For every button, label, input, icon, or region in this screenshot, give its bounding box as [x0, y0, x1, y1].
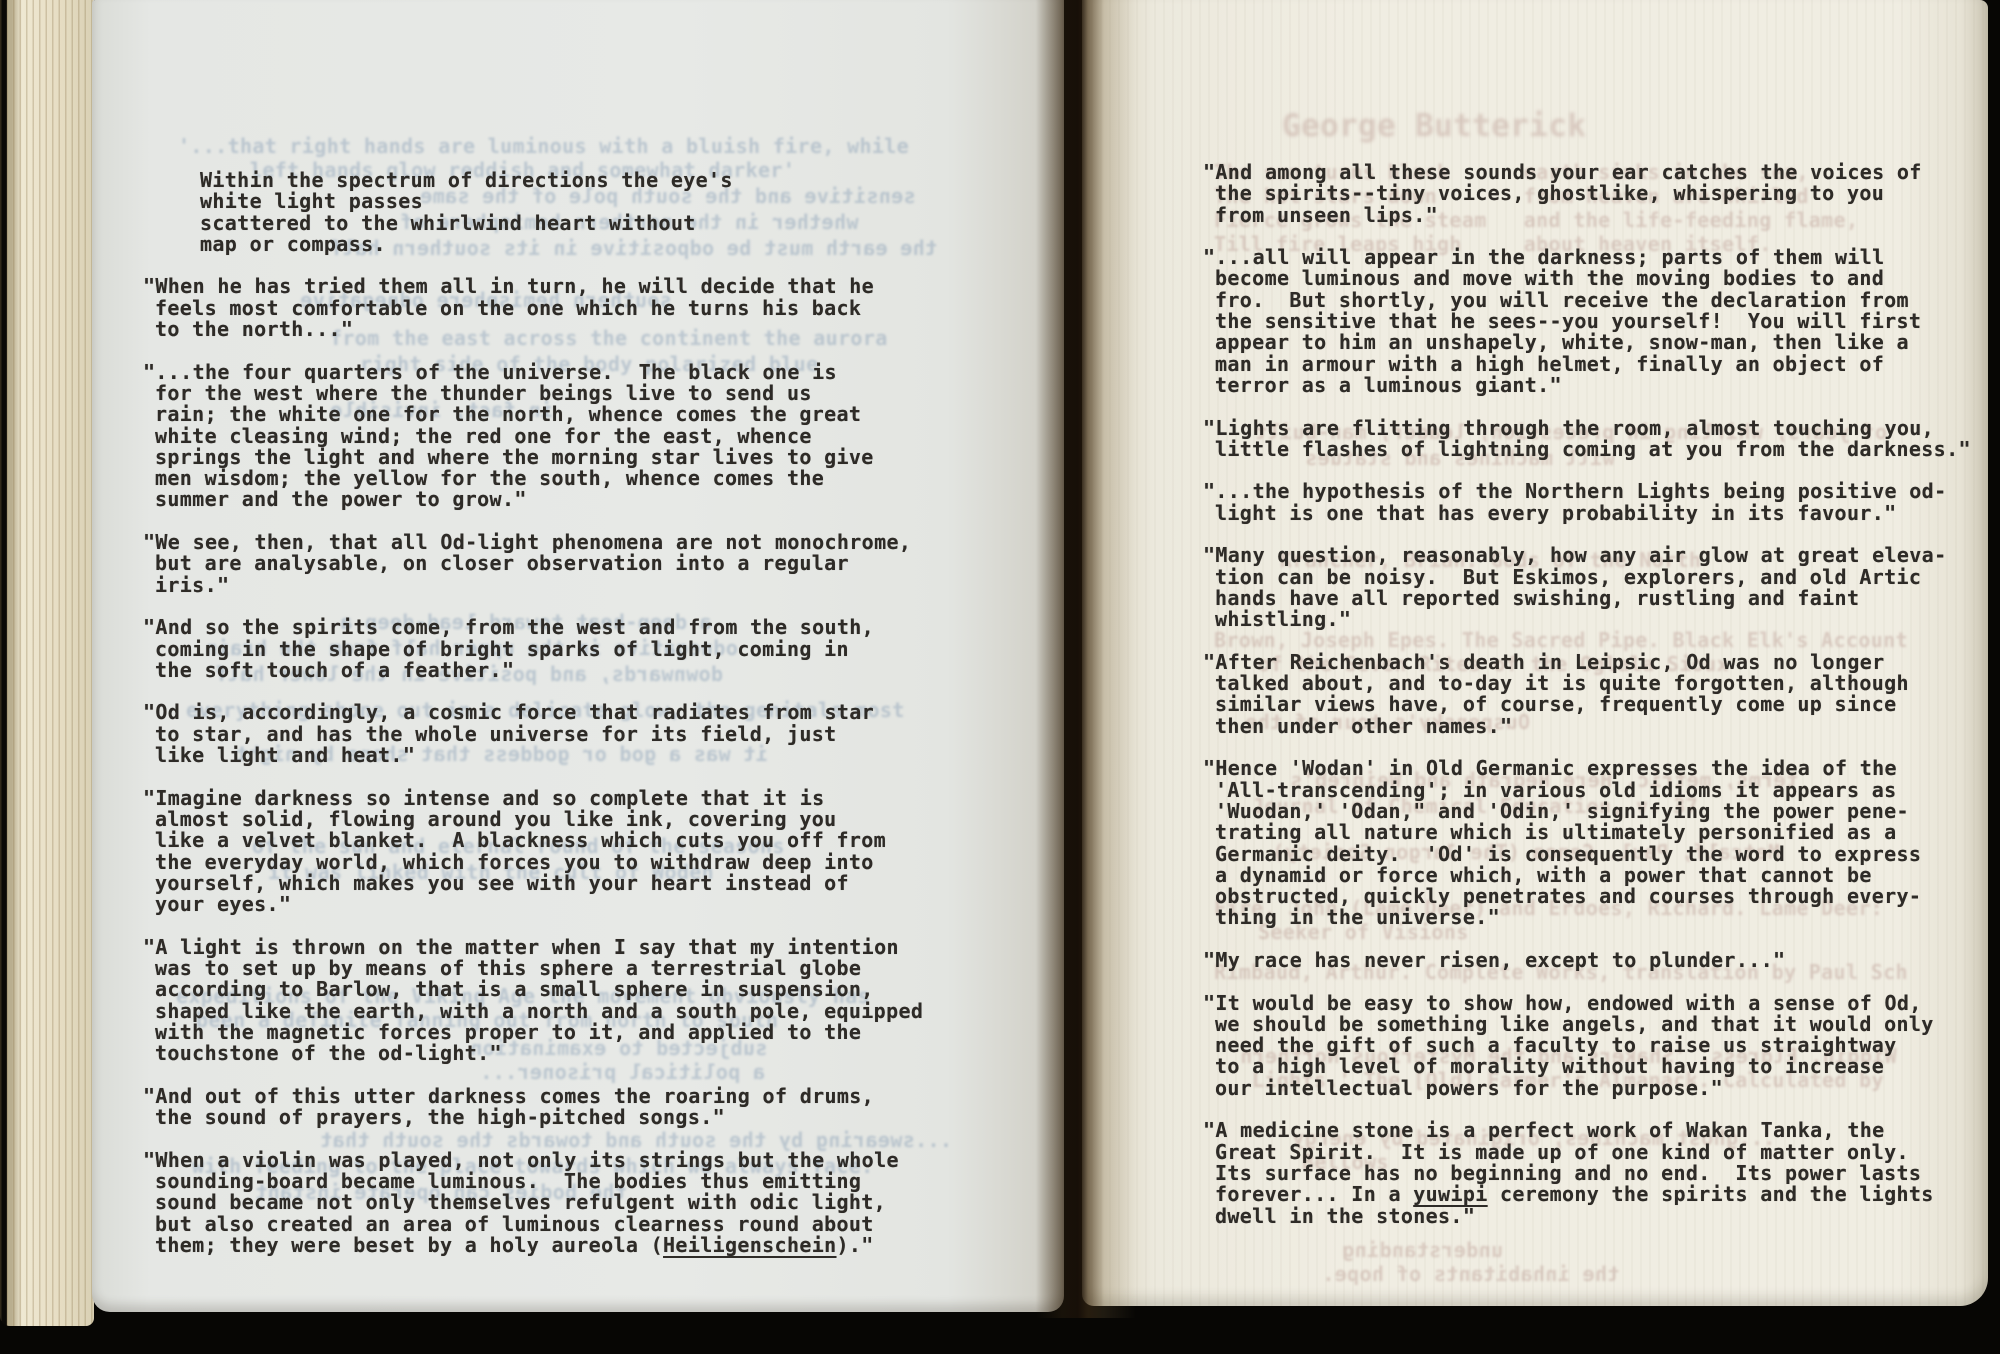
- text-line: forever... In a yuwipi ceremony the spir…: [1215, 1184, 2000, 1205]
- right-quotations: "And among all these sounds your ear cat…: [1203, 162, 2000, 1227]
- text-line: "A light is thrown on the matter when I …: [143, 937, 963, 958]
- text-line: "Od is, accordingly, a cosmic force that…: [143, 702, 963, 723]
- text-line: the everyday world, which forces you to …: [155, 852, 963, 873]
- text-line: obstructed, quickly penetrates and cours…: [1215, 886, 2000, 907]
- text-line: according to Barlow, that is a small sph…: [155, 979, 963, 1000]
- open-book-photo: '...that right hands are luminous with a…: [0, 0, 2000, 1354]
- text-line: to the north...": [155, 319, 963, 340]
- paragraph: "...all will appear in the darkness; par…: [1203, 247, 2000, 396]
- text-line: tion can be noisy. But Eskimos, explorer…: [1215, 567, 2000, 588]
- paragraph: "And among all these sounds your ear cat…: [1203, 162, 2000, 226]
- text-line: dwell in the stones.": [1215, 1206, 2000, 1227]
- text-line: but are analysable, on closer observatio…: [155, 553, 963, 574]
- text-line: scattered to the whirlwind heart without: [200, 213, 963, 234]
- text-line: our intellectual powers for the purpose.…: [1215, 1078, 2000, 1099]
- text-line: like a velvet blanket. A blackness which…: [155, 830, 963, 851]
- text-line: the spirits--tiny voices, ghostlike, whi…: [1215, 183, 2000, 204]
- text-line: for the west where the thunder beings li…: [155, 383, 963, 404]
- text-line: talked about, and to-day it is quite for…: [1215, 673, 2000, 694]
- text-line: become luminous and move with the moving…: [1215, 268, 2000, 289]
- paragraph: "We see, then, that all Od-light phenome…: [143, 532, 963, 596]
- text-line: 'Wuodan,' 'Odan," and 'Odin,' signifying…: [1215, 801, 2000, 822]
- text-line: need the gift of such a faculty to raise…: [1215, 1035, 2000, 1056]
- text-line: "Imagine darkness so intense and so comp…: [143, 788, 963, 809]
- text-line: man in armour with a high helmet, finall…: [1215, 354, 2000, 375]
- text-line: "...the four quarters of the universe. T…: [143, 362, 963, 383]
- text-line: appear to him an unshapely, white, snow-…: [1215, 332, 2000, 353]
- text-line: "A medicine stone is a perfect work of W…: [1203, 1120, 2000, 1141]
- text-line: "It would be easy to show how, endowed w…: [1203, 993, 2000, 1014]
- paragraph: "Lights are flitting through the room, a…: [1203, 418, 2000, 461]
- text-line: summer and the power to grow.": [155, 489, 963, 510]
- text-line: the sensitive that he sees--you yourself…: [1215, 311, 2000, 332]
- text-line: like light and heat.": [155, 745, 963, 766]
- text-line: we should be something like angels, and …: [1215, 1014, 2000, 1035]
- text-line: touchstone of the od-light.": [155, 1043, 963, 1064]
- text-line: 'All-transcending'; in various old idiom…: [1215, 780, 2000, 801]
- text-line: almost solid, flowing around you like in…: [155, 809, 963, 830]
- paragraph: "A medicine stone is a perfect work of W…: [1203, 1120, 2000, 1226]
- text-line: your eyes.": [155, 894, 963, 915]
- text-line: "...the hypothesis of the Northern Light…: [1203, 481, 2000, 502]
- text-line: feels most comfortable on the one which …: [155, 298, 963, 319]
- text-line: a dynamid or force which, with a power t…: [1215, 865, 2000, 886]
- text-line: was to set up by means of this sphere a …: [155, 958, 963, 979]
- paragraph: "When he has tried them all in turn, he …: [143, 276, 963, 340]
- text-line: fro. But shortly, you will receive the d…: [1215, 290, 2000, 311]
- text-line: light is one that has every probability …: [1215, 503, 2000, 524]
- paragraph: "Hence 'Wodan' in Old Germanic expresses…: [1203, 758, 2000, 928]
- text-line: "Hence 'Wodan' in Old Germanic expresses…: [1203, 758, 2000, 779]
- right-page-text: "And among all these sounds your ear cat…: [1203, 162, 2000, 1248]
- text-line: sound became not only themselves refulge…: [155, 1192, 963, 1213]
- page-edge-stack: [0, 0, 94, 1326]
- text-line: the sound of prayers, the high-pitched s…: [155, 1107, 963, 1128]
- text-line: the soft touch of a feather.": [155, 660, 963, 681]
- paragraph: "And so the spirits come, from the west …: [143, 617, 963, 681]
- text-line: rain; the white one for the north, whenc…: [155, 404, 963, 425]
- paragraph: "It would be easy to show how, endowed w…: [1203, 993, 2000, 1099]
- text-line: sounding-board became luminous. The bodi…: [155, 1171, 963, 1192]
- left-page-text: Within the spectrum of directions the ey…: [143, 170, 963, 1277]
- text-line: "And so the spirits come, from the west …: [143, 617, 963, 638]
- text-line: "And out of this utter darkness comes th…: [143, 1086, 963, 1107]
- text-line: shaped like the earth, with a north and …: [155, 1001, 963, 1022]
- text-line: with the magnetic forces proper to it, a…: [155, 1022, 963, 1043]
- paragraph: "And out of this utter darkness comes th…: [143, 1086, 963, 1129]
- text-line: "After Reichenbach's death in Leipsic, O…: [1203, 652, 2000, 673]
- text-line: springs the light and where the morning …: [155, 447, 963, 468]
- text-line: but also created an area of luminous cle…: [155, 1214, 963, 1235]
- poem-block: Within the spectrum of directions the ey…: [200, 170, 963, 255]
- text-line: iris.": [155, 575, 963, 596]
- text-line: "When he has tried them all in turn, he …: [143, 276, 963, 297]
- text-line: to a high level of morality without havi…: [1215, 1056, 2000, 1077]
- text-line: whistling.": [1215, 609, 2000, 630]
- text-line: similar views have, of course, frequentl…: [1215, 694, 2000, 715]
- text-line: to star, and has the whole universe for …: [155, 724, 963, 745]
- text-line: thing in the universe.": [1215, 907, 2000, 928]
- paragraph: "A light is thrown on the matter when I …: [143, 937, 963, 1065]
- paragraph: "After Reichenbach's death in Leipsic, O…: [1203, 652, 2000, 737]
- text-line: white light passes: [200, 191, 963, 212]
- paragraph: "Od is, accordingly, a cosmic force that…: [143, 702, 963, 766]
- left-quotations: "When he has tried them all in turn, he …: [143, 276, 963, 1256]
- paragraph: "...the four quarters of the universe. T…: [143, 362, 963, 511]
- text-line: "Lights are flitting through the room, a…: [1203, 418, 2000, 439]
- text-line: them; they were beset by a holy aureola …: [155, 1235, 963, 1256]
- paragraph: "My race has never risen, except to plun…: [1203, 950, 2000, 971]
- text-line: men wisdom; the yellow for the south, wh…: [155, 468, 963, 489]
- text-line: "When a violin was played, not only its …: [143, 1150, 963, 1171]
- text-line: trating all nature which is ultimately p…: [1215, 822, 2000, 843]
- text-line: map or compass.: [200, 234, 963, 255]
- text-line: then under other names.": [1215, 716, 2000, 737]
- text-line: coming in the shape of bright sparks of …: [155, 639, 963, 660]
- paragraph: "...the hypothesis of the Northern Light…: [1203, 481, 2000, 524]
- text-line: from unseen lips.": [1215, 205, 2000, 226]
- text-line: Great Spirit. It is made up of one kind …: [1215, 1142, 2000, 1163]
- text-line: hands have all reported swishing, rustli…: [1215, 588, 2000, 609]
- text-line: Within the spectrum of directions the ey…: [200, 170, 963, 191]
- paragraph: "When a violin was played, not only its …: [143, 1150, 963, 1256]
- paragraph: "Many question, reasonably, how any air …: [1203, 545, 2000, 630]
- text-line: white cleasing wind; the red one for the…: [155, 426, 963, 447]
- text-line: "...all will appear in the darkness; par…: [1203, 247, 2000, 268]
- text-line: "Many question, reasonably, how any air …: [1203, 545, 2000, 566]
- text-line: "And among all these sounds your ear cat…: [1203, 162, 2000, 183]
- text-line: "My race has never risen, except to plun…: [1203, 950, 2000, 971]
- text-line: yourself, which makes you see with your …: [155, 873, 963, 894]
- text-line: terror as a luminous giant.": [1215, 375, 2000, 396]
- text-line: Its surface has no beginning and no end.…: [1215, 1163, 2000, 1184]
- text-line: little flashes of lightning coming at yo…: [1215, 439, 2000, 460]
- text-line: Germanic deity. 'Od' is consequently the…: [1215, 844, 2000, 865]
- text-line: "We see, then, that all Od-light phenome…: [143, 532, 963, 553]
- paragraph: "Imagine darkness so intense and so comp…: [143, 788, 963, 916]
